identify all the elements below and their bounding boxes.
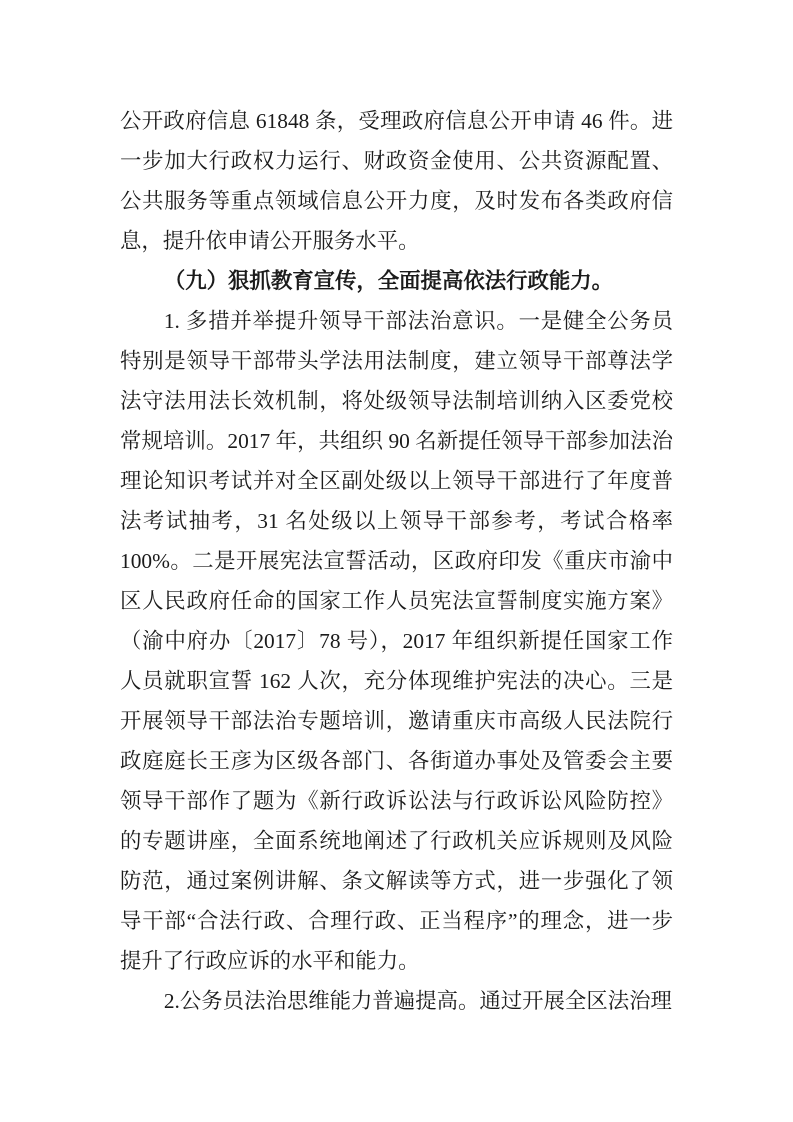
paragraph-info-disclosure-continuation: 公开政府信息 61848 条，受理政府信息公开申请 46 件。进一步加大行政权力…	[120, 101, 673, 261]
page-text-block: 公开政府信息 61848 条，受理政府信息公开申请 46 件。进一步加大行政权力…	[120, 101, 673, 1021]
section-heading-nine: （九）狠抓教育宣传，全面提高依法行政能力。	[120, 261, 673, 301]
document-page: 公开政府信息 61848 条，受理政府信息公开申请 46 件。进一步加大行政权力…	[0, 0, 793, 1122]
paragraph-point-2-truncated: 2.公务员法治思维能力普遍提高。通过开展全区法治理	[120, 981, 673, 1021]
paragraph-point-1: 1. 多措并举提升领导干部法治意识。一是健全公务员特别是领导干部带头学法用法制度…	[120, 301, 673, 981]
